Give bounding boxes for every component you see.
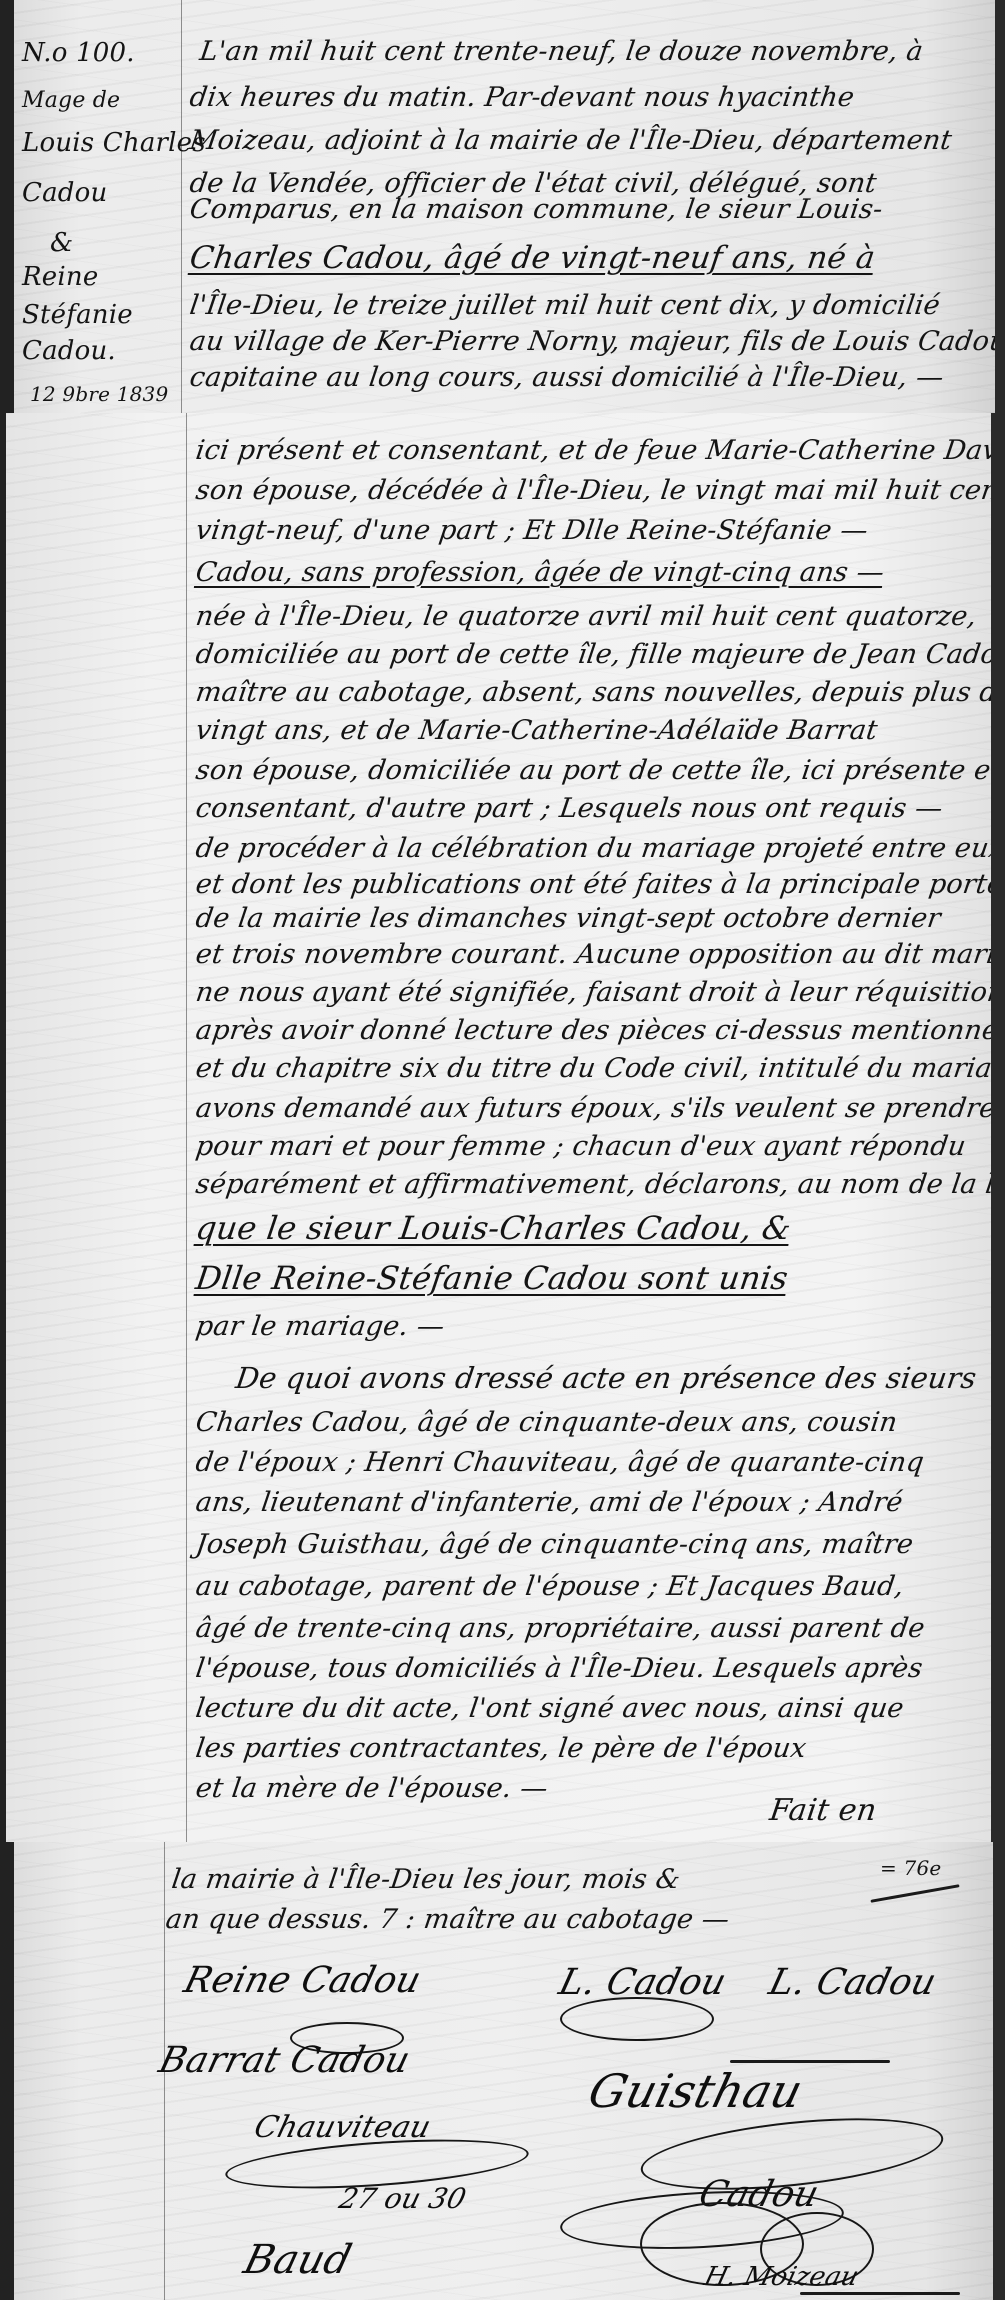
body-line: Charles Cadou, âgé de cinquante-deux ans… xyxy=(194,1407,900,1438)
margin-rule xyxy=(186,413,187,1842)
margin-bride-last: Cadou. xyxy=(22,336,116,366)
page-strip-top: N.o 100. Mage de Louis Charles Cadou & R… xyxy=(0,0,1005,413)
body-line: Comparus, en la maison commune, le sieur… xyxy=(188,194,885,225)
body-line: et dont les publications ont été faites … xyxy=(194,869,1005,900)
signature-flourish xyxy=(560,1997,714,2041)
signature-witness-guisthau: Guisthau xyxy=(583,2064,808,2118)
ink-stroke xyxy=(730,2060,890,2063)
signature-groom-father: L. Cadou xyxy=(765,1962,941,2003)
margin-groom-last: Cadou xyxy=(22,178,107,208)
margin-bride-first-1: Reine xyxy=(22,262,98,292)
body-line: et la mère de l'épouse. — xyxy=(194,1773,550,1804)
body-line: vingt ans, et de Marie-Catherine-Adélaïd… xyxy=(194,715,880,746)
fait-en: Fait en xyxy=(768,1793,879,1828)
declaration-groom-line: que le sieur Louis-Charles Cadou, & xyxy=(193,1209,793,1247)
body-line: l'Île-Dieu, le treize juillet mil huit c… xyxy=(188,290,942,321)
page-strip-middle: ici présent et consentant, et de feue Ma… xyxy=(0,413,1005,1842)
body-line: son épouse, décédée à l'Île-Dieu, le vin… xyxy=(194,475,1005,506)
margin-connector: & xyxy=(50,228,73,258)
record-type: Mage de xyxy=(22,88,120,113)
margin-date: 12 9bre 1839 xyxy=(30,382,168,406)
record-number: N.o 100. xyxy=(22,38,135,68)
body-line: ne nous ayant été signifiée, faisant dro… xyxy=(194,977,1005,1008)
body-line: capitaine au long cours, aussi domicilié… xyxy=(188,362,946,393)
margin-note-right: = 76e xyxy=(880,1856,941,1880)
scan-edge-left xyxy=(0,413,6,1842)
witness-intro-line: De quoi avons dressé acte en présence de… xyxy=(234,1361,979,1395)
body-line: son épouse, domiciliée au port de cette … xyxy=(194,755,1004,786)
closing-line: la mairie à l'Île-Dieu les jour, mois & xyxy=(170,1864,682,1895)
scan-edge-right xyxy=(993,1842,1005,2300)
signature-bride-mother: Barrat Cadou xyxy=(155,2040,414,2081)
margin-rule xyxy=(181,0,182,413)
signature-officer: H. Moizeau xyxy=(701,2262,862,2292)
page-strip-bottom: la mairie à l'Île-Dieu les jour, mois & … xyxy=(0,1842,1005,2300)
margin-groom-first: Louis Charles xyxy=(22,128,206,158)
body-line: Joseph Guisthau, âgé de cinquante-cinq a… xyxy=(194,1529,916,1560)
ink-stroke xyxy=(870,1884,959,1903)
body-line: et du chapitre six du titre du Code civi… xyxy=(194,1053,1005,1084)
signature-witness-baud: Baud xyxy=(239,2237,356,2283)
body-line: domiciliée au port de cette île, fille m… xyxy=(194,639,1005,670)
body-line: Moizeau, adjoint à la mairie de l'Île-Di… xyxy=(188,125,954,156)
body-line: maître au cabotage, absent, sans nouvell… xyxy=(194,677,1005,708)
body-line: séparément et affirmativement, déclarons… xyxy=(194,1169,1005,1200)
body-line: ici présent et consentant, et de feue Ma… xyxy=(194,435,1005,466)
body-line: ans, lieutenant d'infanterie, ami de l'é… xyxy=(194,1487,905,1518)
body-line: par le mariage. — xyxy=(194,1311,447,1342)
margin-bride-first-2: Stéfanie xyxy=(22,300,133,330)
body-line: de l'époux ; Henri Chauviteau, âgé de qu… xyxy=(194,1447,926,1478)
closing-line: an que dessus. 7 : maître au cabotage — xyxy=(164,1904,732,1935)
body-line: née à l'Île-Dieu, le quatorze avril mil … xyxy=(194,601,979,632)
body-line: dix heures du matin. Par-devant nous hya… xyxy=(188,82,856,113)
body-line: lecture du dit acte, l'ont signé avec no… xyxy=(194,1693,906,1724)
body-line: pour mari et pour femme ; chacun d'eux a… xyxy=(194,1131,968,1162)
scan-edge-left xyxy=(0,0,14,413)
body-line: et trois novembre courant. Aucune opposi… xyxy=(194,939,1005,970)
body-line: consentant, d'autre part ; Lesquels nous… xyxy=(194,793,945,824)
body-line: de la mairie les dimanches vingt-sept oc… xyxy=(194,903,943,934)
signature-bride: Reine Cadou xyxy=(180,1960,425,2001)
body-line: de procéder à la célébration du mariage … xyxy=(194,833,1005,864)
body-line: les parties contractantes, le père de l'… xyxy=(194,1733,808,1764)
annotation-date: 27 ou 30 xyxy=(336,2182,470,2215)
scan-edge-left xyxy=(0,1842,14,2300)
body-line: au cabotage, parent de l'épouse ; Et Jac… xyxy=(194,1571,906,1602)
body-line: après avoir donné lecture des pièces ci-… xyxy=(194,1015,1005,1046)
body-line: âgé de trente-cinq ans, propriétaire, au… xyxy=(194,1613,927,1644)
scan-edge-right xyxy=(991,413,1005,1842)
ink-stroke xyxy=(800,2292,960,2295)
declaration-bride-line: Dlle Reine-Stéfanie Cadou sont unis xyxy=(193,1259,790,1297)
groom-name-line: Charles Cadou, âgé de vingt-neuf ans, né… xyxy=(187,240,877,276)
scan-edge-right xyxy=(995,0,1005,413)
body-line: avons demandé aux futurs époux, s'ils ve… xyxy=(194,1093,998,1124)
body-line: l'épouse, tous domiciliés à l'Île-Dieu. … xyxy=(194,1653,925,1684)
body-line: vingt-neuf, d'une part ; Et Dlle Reine-S… xyxy=(194,515,870,546)
body-line: L'an mil huit cent trente-neuf, le douze… xyxy=(198,36,925,67)
body-line: au village de Ker-Pierre Norny, majeur, … xyxy=(188,326,1005,357)
bride-name-line: Cadou, sans profession, âgée de vingt-ci… xyxy=(194,557,886,588)
